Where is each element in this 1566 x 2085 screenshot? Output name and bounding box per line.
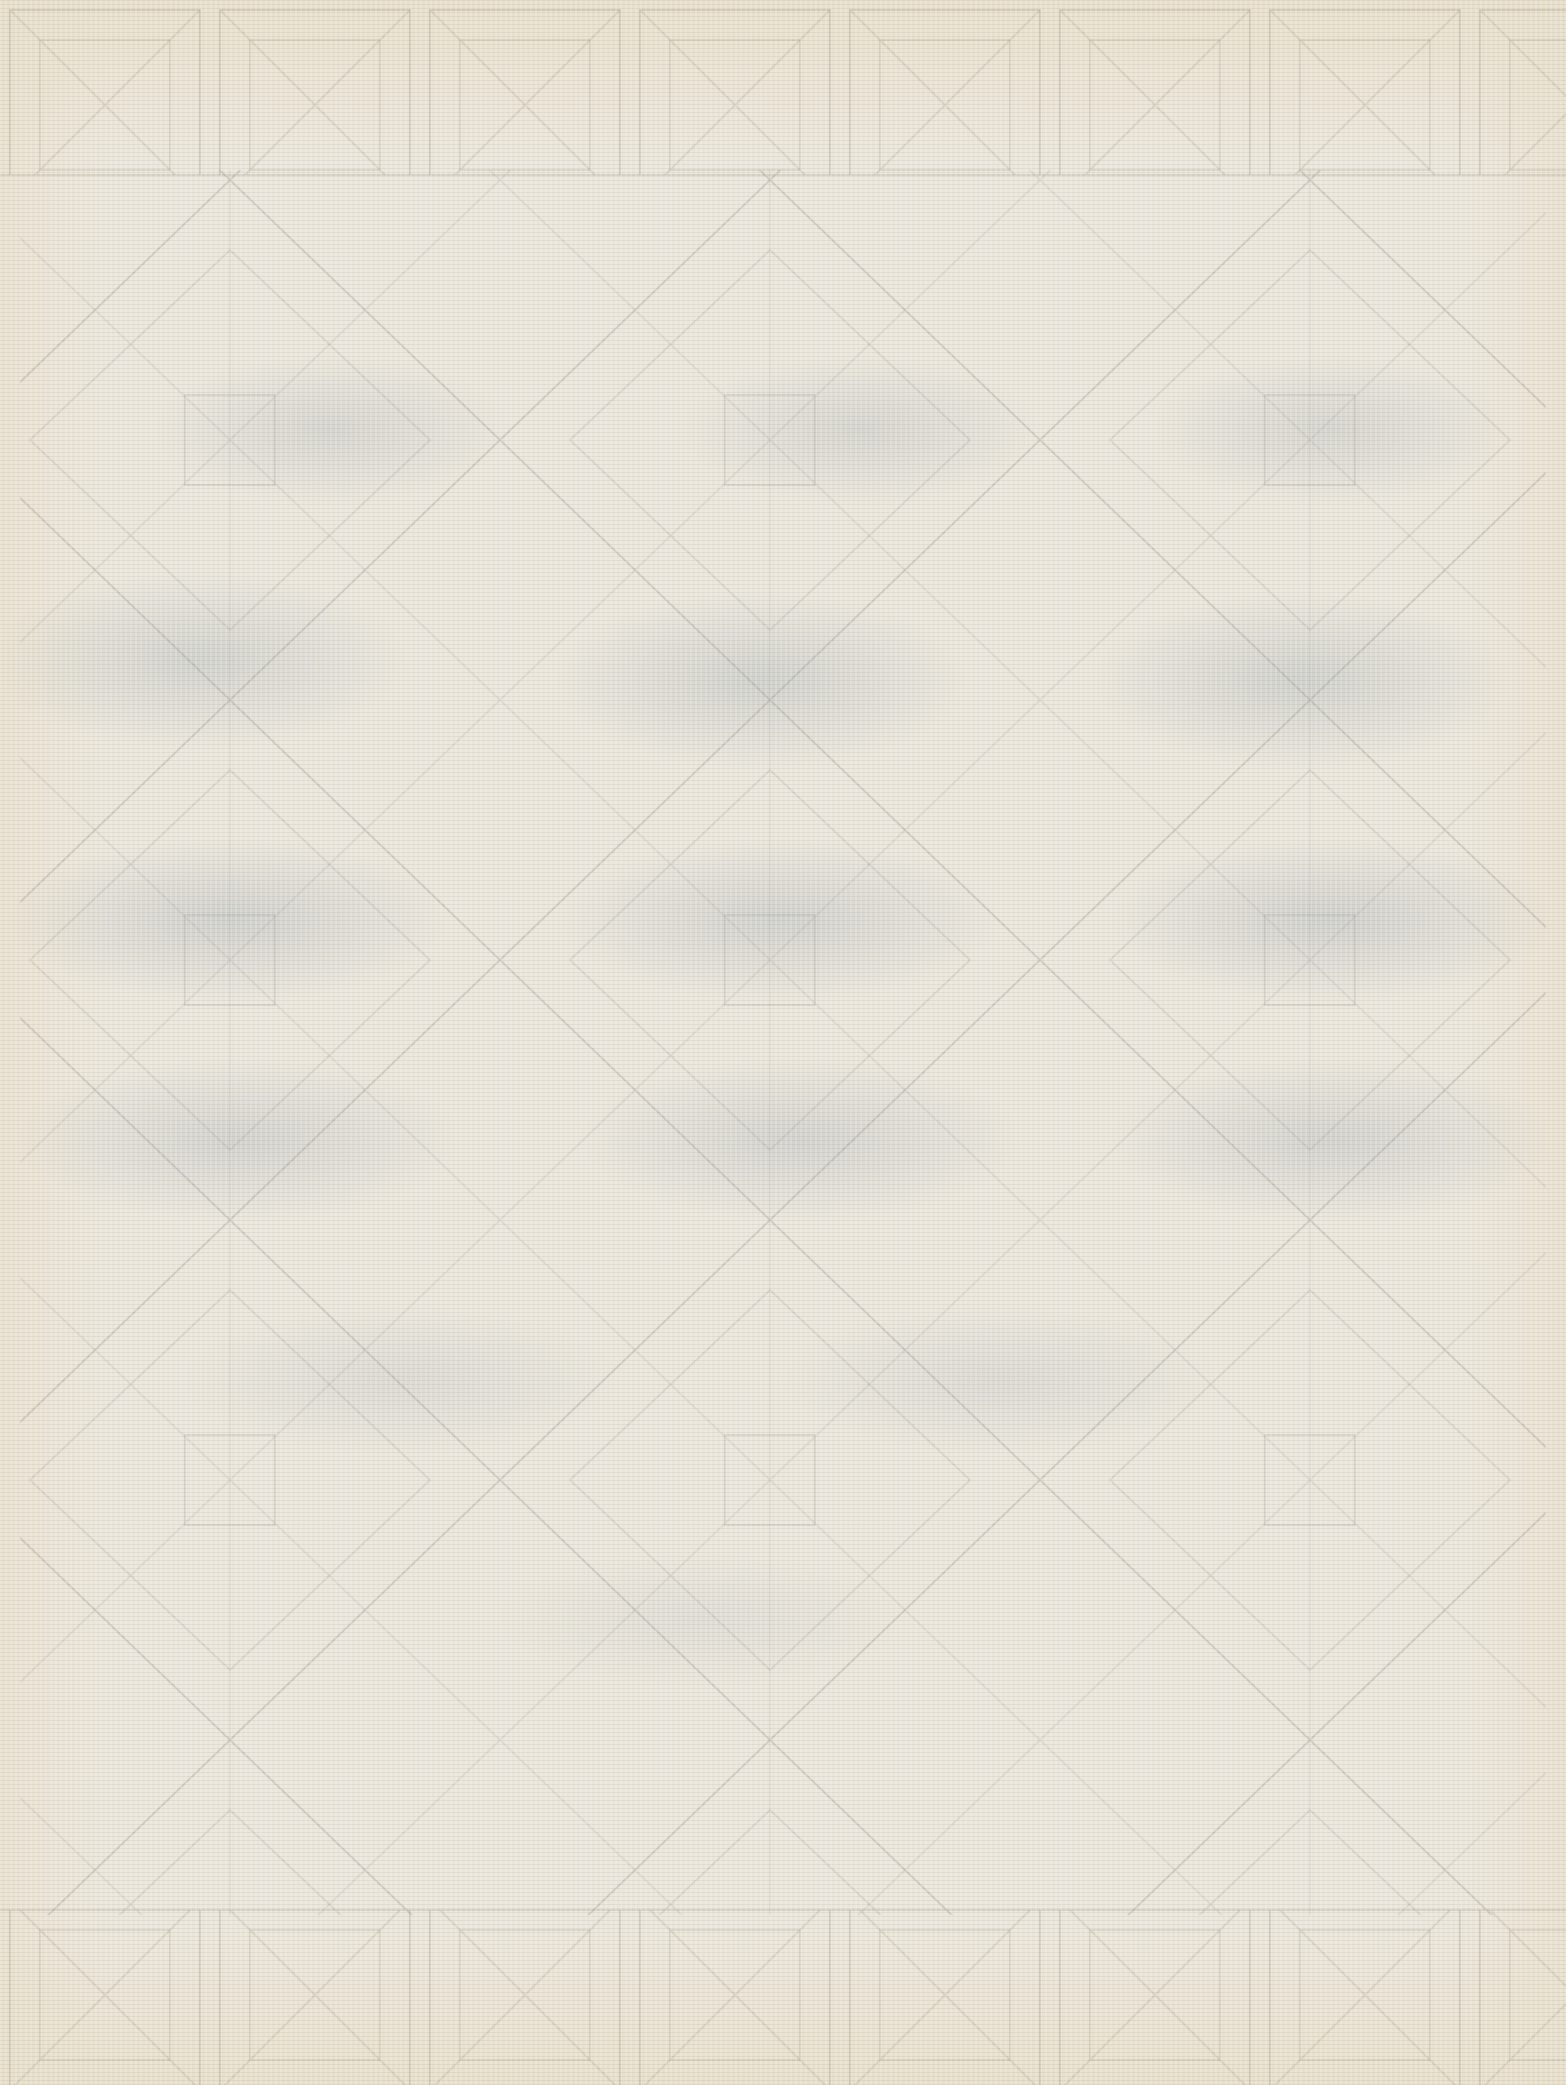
rug-photo	[0, 0, 1566, 2085]
rug-pattern-mottle	[0, 0, 1566, 2085]
rug-geometric-pattern	[0, 0, 1566, 2085]
rug-pile-texture	[0, 0, 1566, 2085]
rug-border-tone	[0, 0, 1566, 2085]
